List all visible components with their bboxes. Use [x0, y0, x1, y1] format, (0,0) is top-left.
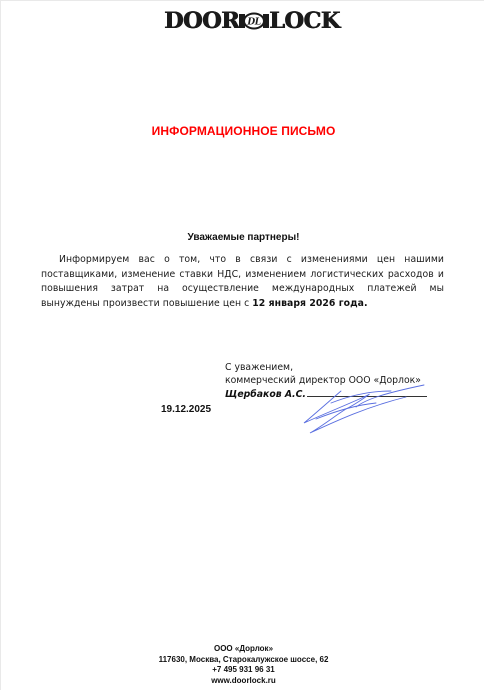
footer-phone: +7 495 931 96 31	[1, 665, 485, 676]
footer-address: 117630, Москва, Старокалужское шоссе, 62	[1, 655, 485, 666]
letter-footer: ООО «Дорлок» 117630, Москва, Старокалужс…	[1, 644, 485, 686]
svg-text:DL: DL	[247, 18, 261, 28]
logo-word-door: DOOR	[164, 9, 239, 33]
closing-signer: Щербаков А.С.	[225, 389, 306, 400]
footer-company: ООО «Дорлок»	[1, 644, 485, 655]
effective-date-emphasis: 12 января 2026 года.	[252, 298, 367, 309]
letter-page: DOOR DL LOCK ИНФОРМАЦИОННОЕ ПИСЬМО Уважа…	[0, 0, 484, 690]
closing-regards: С уважением,	[225, 361, 427, 374]
signature-line	[307, 387, 427, 397]
letter-greeting: Уважаемые партнеры!	[1, 232, 485, 243]
letter-body: Информируем вас о том, что в связи с изм…	[41, 253, 444, 311]
logo-badge-icon: DL	[239, 12, 269, 30]
doorlock-logo: DOOR DL LOCK	[164, 9, 340, 33]
letter-closing: С уважением, коммерческий директор ООО «…	[225, 361, 427, 401]
letter-date: 19.12.2025	[161, 404, 211, 415]
closing-position: коммерческий директор ООО «Дорлок»	[225, 374, 427, 387]
logo-word-lock: LOCK	[270, 9, 341, 33]
letter-title: ИНФОРМАЦИОННОЕ ПИСЬМО	[1, 124, 485, 138]
letter-body-text: Информируем вас о том, что в связи с изм…	[41, 254, 444, 309]
footer-website: www.doorlock.ru	[1, 676, 485, 687]
